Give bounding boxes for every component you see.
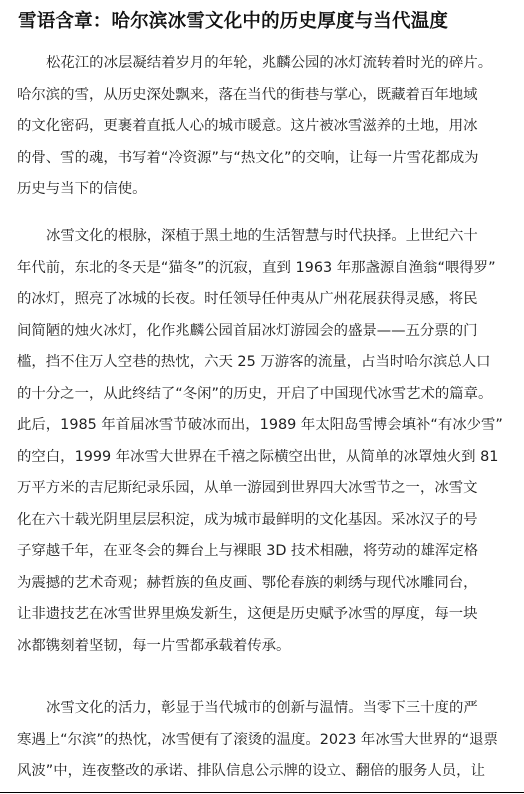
paragraph-line: 松花江的冰层凝结着岁月的年轮，兆麟公园的冰灯流转着时光的碎片。 [17,48,517,80]
document-page: 雪语含章：哈尔滨冰雪文化中的历史厚度与当代温度 松花江的冰层凝结着岁月的年轮，兆… [0,0,524,793]
paragraph-line: 让非遗技艺在冰雪世界里焕发新生，这便是历史赋予冰雪的厚度，每一块 [17,599,517,631]
paragraph-line: 的文化密码，更裹着直抵人心的城市暖意。这片被冰雪滋养的土地，用冰 [17,111,517,143]
document-title: 雪语含章：哈尔滨冰雪文化中的历史厚度与当代温度 [18,7,448,33]
paragraph-line: 冰都镌刻着坚韧，每一片雪都承载着传承。 [17,631,517,663]
paragraph-line: 子穿越千年，在亚冬会的舞台上与裸眼 3D 技术相融，将劳动的雄浑定格 [17,536,517,568]
paragraph-line: 的冰灯，照亮了冰城的长夜。时任领导任仲夷从广州花展获得灵感，将民 [17,284,517,316]
paragraph-line: 为震撼的艺术奇观；赫哲族的鱼皮画、鄂伦春族的刺绣与现代冰雕同台， [17,568,517,600]
paragraph-line: 年代前，东北的冬天是“猫冬”的沉寂，直到 1963 年那盏源自渔翁“喂得罗” [17,253,517,285]
paragraph-3: 冰雪文化的活力，彰显于当代城市的创新与温情。当零下三十度的严 寒遇上“尔滨”的热… [17,693,517,788]
paragraph-line: 此后，1985 年首届冰雪节破冰而出，1989 年太阳岛雪博会填补“有冰少雪” [17,410,517,442]
paragraph-line: 间简陋的烛火冰灯，化作兆麟公园首届冰灯游园会的盛景——五分票的门 [17,316,517,348]
paragraph-line: 的十分之一，从此终结了“冬闲”的历史，开启了中国现代冰雪艺术的篇章。 [17,379,517,411]
paragraph-line: 历史与当下的信使。 [17,174,517,206]
paragraph-line: 化在六十载光阴里层层积淀，成为城市最鲜明的文化基因。采冰汉子的号 [17,505,517,537]
paragraph-line: 的空白，1999 年冰雪大世界在千禧之际横空出世，从简单的冰罩烛火到 81 [17,442,517,474]
paragraph-line: 寒遇上“尔滨”的热忱，冰雪便有了滚烫的温度。2023 年冰雪大世界的“退票 [17,725,517,757]
paragraph-2: 冰雪文化的根脉，深植于黑土地的生活智慧与时代抉择。上世纪六十 年代前，东北的冬天… [17,221,517,662]
paragraph-line: 冰雪文化的根脉，深植于黑土地的生活智慧与时代抉择。上世纪六十 [17,221,517,253]
paragraph-line: 的骨、雪的魂，书写着“冷资源”与“热文化”的交响，让每一片雪花都成为 [17,143,517,175]
paragraph-1: 松花江的冰层凝结着岁月的年轮，兆麟公园的冰灯流转着时光的碎片。 哈尔滨的雪，从历… [17,48,517,206]
paragraph-line: 槛，挡不住万人空巷的热忱，六天 25 万游客的流量，占当时哈尔滨总人口 [17,347,517,379]
paragraph-line: 哈尔滨的雪，从历史深处飘来，落在当代的街巷与掌心，既藏着百年地域 [17,80,517,112]
paragraph-line: 万平方米的吉尼斯纪录乐园，从单一游园到世界四大冰雪节之一，冰雪文 [17,473,517,505]
paragraph-line: 冰雪文化的活力，彰显于当代城市的创新与温情。当零下三十度的严 [17,693,517,725]
paragraph-line: 风波”中，连夜整改的承诺、排队信息公示牌的设立、翻倍的服务人员，让 [17,756,517,788]
